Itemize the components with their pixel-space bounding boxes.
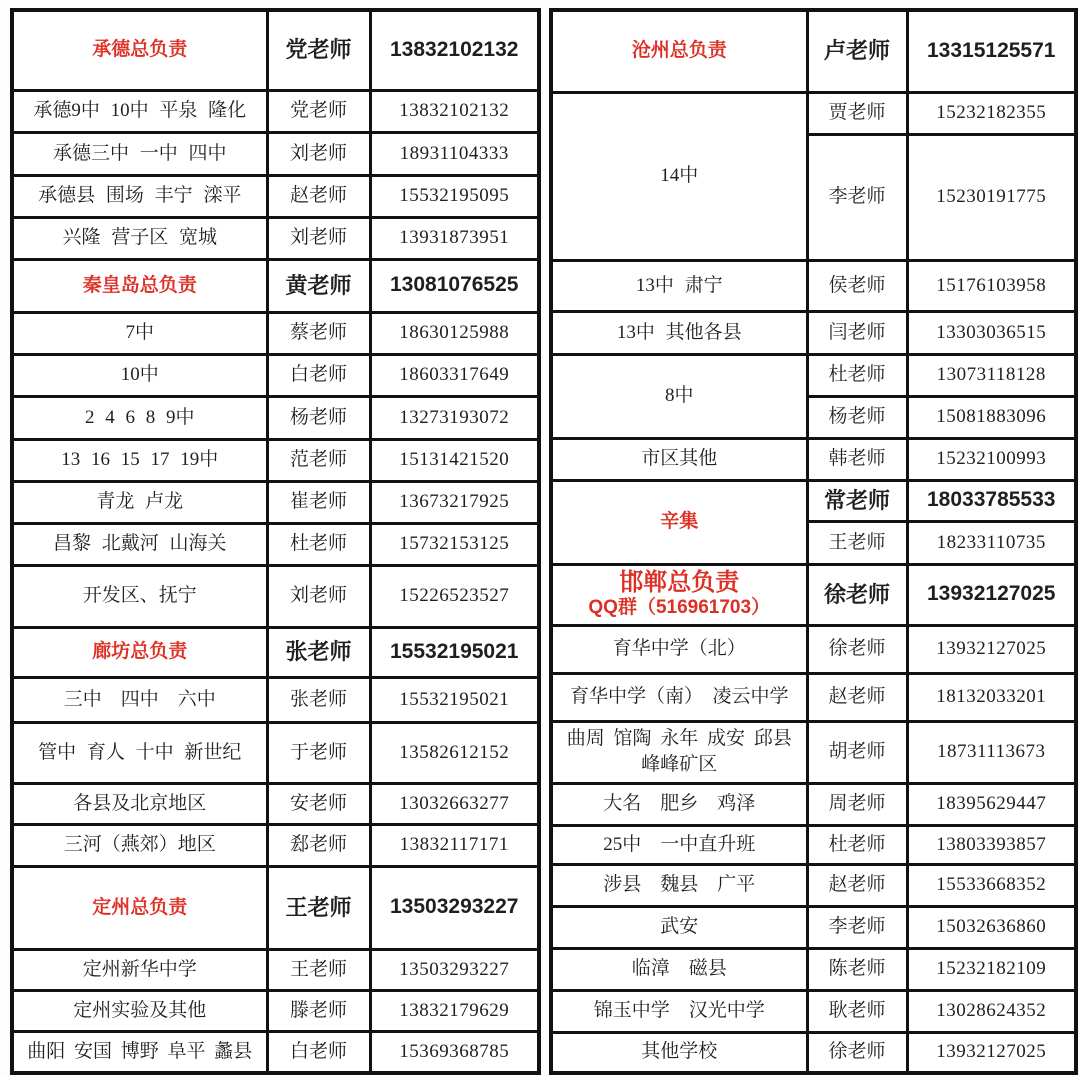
table-row: 13 16 15 17 19中 范老师 15131421520 <box>12 439 539 481</box>
section-title: 承德总负责 <box>12 10 267 90</box>
phone-cell: 18033785533 <box>907 480 1076 521</box>
phone-cell: 13582612152 <box>370 722 539 783</box>
teacher-cell: 于老师 <box>267 722 370 783</box>
teacher-cell: 王老师 <box>267 949 370 990</box>
phone-cell: 13028624352 <box>907 990 1076 1032</box>
table-row: 8中 杜老师 13073118128 <box>551 354 1076 396</box>
phone-cell: 13832102132 <box>370 90 539 132</box>
section-header-row-dingzhou: 定州总负责 王老师 13503293227 <box>12 866 539 949</box>
table-row: 定州实验及其他 滕老师 13832179629 <box>12 990 539 1031</box>
table-row: 13中 肃宁 侯老师 15176103958 <box>551 260 1076 311</box>
table-row: 育华中学（南） 凌云中学 赵老师 18132033201 <box>551 673 1076 721</box>
teacher-cell: 杜老师 <box>807 825 907 864</box>
phone-cell: 13073118128 <box>907 354 1076 396</box>
table-row: 10中 白老师 18603317649 <box>12 354 539 396</box>
region-cell: 14中 <box>551 92 807 260</box>
section-header-row-xinji: 辛集 常老师 18033785533 <box>551 480 1076 521</box>
table-row: 14中 贾老师 15232182355 <box>551 92 1076 134</box>
teacher-cell: 刘老师 <box>267 565 370 627</box>
phone-cell: 15532195095 <box>370 175 539 217</box>
phone-cell: 13303036515 <box>907 311 1076 354</box>
phone-cell: 15176103958 <box>907 260 1076 311</box>
teacher-cell: 杜老师 <box>267 523 370 565</box>
table-row: 各县及北京地区 安老师 13032663277 <box>12 783 539 824</box>
table-row: 青龙 卢龙 崔老师 13673217925 <box>12 481 539 523</box>
teacher-cell: 蔡老师 <box>267 312 370 354</box>
table-row: 曲周 馆陶 永年 成安 邱县 峰峰矿区 胡老师 18731113673 <box>551 721 1076 783</box>
teacher-cell: 常老师 <box>807 480 907 521</box>
phone-cell: 15131421520 <box>370 439 539 481</box>
teacher-cell: 刘老师 <box>267 132 370 175</box>
teacher-cell: 杨老师 <box>267 396 370 439</box>
table-row: 承德三中 一中 四中 刘老师 18931104333 <box>12 132 539 175</box>
teacher-cell: 徐老师 <box>807 564 907 625</box>
table-row: 涉县 魏县 广平 赵老师 15533668352 <box>551 864 1076 906</box>
teacher-cell: 韩老师 <box>807 438 907 480</box>
contact-table-right: 沧州总负责 卢老师 13315125571 14中 贾老师 1523218235… <box>549 8 1078 1071</box>
table-row: 临漳 磁县 陈老师 15232182109 <box>551 948 1076 990</box>
teacher-cell: 白老师 <box>267 354 370 396</box>
phone-cell: 15230191775 <box>907 134 1076 260</box>
teacher-cell: 赵老师 <box>807 673 907 721</box>
table-row: 13中 其他各县 闫老师 13303036515 <box>551 311 1076 354</box>
phone-cell: 13932127025 <box>907 1032 1076 1071</box>
teacher-cell: 李老师 <box>807 906 907 948</box>
contact-table-left: 承德总负责 党老师 13832102132 承德9中 10中 平泉 隆化 党老师… <box>10 8 541 1071</box>
region-cell: 定州新华中学 <box>12 949 267 990</box>
phone-cell: 13932127025 <box>907 625 1076 673</box>
section-title: 沧州总负责 <box>551 10 807 92</box>
phone-cell: 18931104333 <box>370 132 539 175</box>
section-title-qq-group: QQ群（516961703） <box>556 597 803 620</box>
teacher-cell: 崔老师 <box>267 481 370 523</box>
phone-cell: 13931873951 <box>370 217 539 259</box>
teacher-cell: 卢老师 <box>807 10 907 92</box>
phone-cell: 13315125571 <box>907 10 1076 92</box>
table-row: 三河（燕郊）地区 郄老师 13832117171 <box>12 824 539 866</box>
region-cell: 曲周 馆陶 永年 成安 邱县 峰峰矿区 <box>551 721 807 783</box>
phone-cell: 13932127025 <box>907 564 1076 625</box>
region-cell: 兴隆 营子区 宽城 <box>12 217 267 259</box>
teacher-cell: 安老师 <box>267 783 370 824</box>
phone-cell: 13032663277 <box>370 783 539 824</box>
section-header-row-langfang: 廊坊总负责 张老师 15532195021 <box>12 627 539 677</box>
phone-cell: 18630125988 <box>370 312 539 354</box>
table-row: 武安 李老师 15032636860 <box>551 906 1076 948</box>
region-cell: 曲阳 安国 博野 阜平 蠡县 <box>12 1031 267 1071</box>
region-cell: 武安 <box>551 906 807 948</box>
phone-cell: 15081883096 <box>907 396 1076 438</box>
table-row: 兴隆 营子区 宽城 刘老师 13931873951 <box>12 217 539 259</box>
region-cell: 10中 <box>12 354 267 396</box>
phone-cell: 15232182109 <box>907 948 1076 990</box>
contact-sheet: 承德总负责 党老师 13832102132 承德9中 10中 平泉 隆化 党老师… <box>10 8 1078 1071</box>
region-cell: 承德9中 10中 平泉 隆化 <box>12 90 267 132</box>
region-cell: 13中 其他各县 <box>551 311 807 354</box>
teacher-cell: 黄老师 <box>267 259 370 312</box>
table-row: 大名 肥乡 鸡泽 周老师 18395629447 <box>551 783 1076 825</box>
table-row: 市区其他 韩老师 15232100993 <box>551 438 1076 480</box>
teacher-cell: 胡老师 <box>807 721 907 783</box>
table-row: 锦玉中学 汉光中学 耿老师 13028624352 <box>551 990 1076 1032</box>
teacher-cell: 白老师 <box>267 1031 370 1071</box>
teacher-cell: 张老师 <box>267 677 370 722</box>
region-cell: 定州实验及其他 <box>12 990 267 1031</box>
phone-cell: 13273193072 <box>370 396 539 439</box>
phone-cell: 15532195021 <box>370 627 539 677</box>
table-row: 承德9中 10中 平泉 隆化 党老师 13832102132 <box>12 90 539 132</box>
teacher-cell: 王老师 <box>267 866 370 949</box>
region-cell: 2 4 6 8 9中 <box>12 396 267 439</box>
region-cell: 青龙 卢龙 <box>12 481 267 523</box>
region-cell: 开发区、抚宁 <box>12 565 267 627</box>
section-title: 邯郸总负责 QQ群（516961703） <box>551 564 807 625</box>
teacher-cell: 赵老师 <box>267 175 370 217</box>
phone-cell: 13803393857 <box>907 825 1076 864</box>
table-row: 曲阳 安国 博野 阜平 蠡县 白老师 15369368785 <box>12 1031 539 1071</box>
table-row: 开发区、抚宁 刘老师 15226523527 <box>12 565 539 627</box>
phone-cell: 15226523527 <box>370 565 539 627</box>
section-title: 辛集 <box>551 480 807 564</box>
region-cell: 25中 一中直升班 <box>551 825 807 864</box>
table-row: 育华中学（北） 徐老师 13932127025 <box>551 625 1076 673</box>
region-cell: 三河（燕郊）地区 <box>12 824 267 866</box>
region-cell: 育华中学（北） <box>551 625 807 673</box>
teacher-cell: 张老师 <box>267 627 370 677</box>
teacher-cell: 侯老师 <box>807 260 907 311</box>
phone-cell: 13503293227 <box>370 866 539 949</box>
phone-cell: 15732153125 <box>370 523 539 565</box>
phone-cell: 13832117171 <box>370 824 539 866</box>
phone-cell: 13832179629 <box>370 990 539 1031</box>
phone-cell: 18603317649 <box>370 354 539 396</box>
teacher-cell: 王老师 <box>807 521 907 564</box>
phone-cell: 13503293227 <box>370 949 539 990</box>
section-header-row-chengde: 承德总负责 党老师 13832102132 <box>12 10 539 90</box>
region-cell: 临漳 磁县 <box>551 948 807 990</box>
region-cell: 管中 育人 十中 新世纪 <box>12 722 267 783</box>
phone-cell: 15369368785 <box>370 1031 539 1071</box>
phone-cell: 18395629447 <box>907 783 1076 825</box>
region-cell: 育华中学（南） 凌云中学 <box>551 673 807 721</box>
section-title: 秦皇岛总负责 <box>12 259 267 312</box>
teacher-cell: 周老师 <box>807 783 907 825</box>
teacher-cell: 党老师 <box>267 10 370 90</box>
region-cell: 涉县 魏县 广平 <box>551 864 807 906</box>
teacher-cell: 党老师 <box>267 90 370 132</box>
teacher-cell: 闫老师 <box>807 311 907 354</box>
region-cell: 昌黎 北戴河 山海关 <box>12 523 267 565</box>
phone-cell: 13081076525 <box>370 259 539 312</box>
teacher-cell: 陈老师 <box>807 948 907 990</box>
phone-cell: 18731113673 <box>907 721 1076 783</box>
teacher-cell: 郄老师 <box>267 824 370 866</box>
teacher-cell: 耿老师 <box>807 990 907 1032</box>
section-title: 定州总负责 <box>12 866 267 949</box>
table-row: 7中 蔡老师 18630125988 <box>12 312 539 354</box>
section-header-row-cangzhou: 沧州总负责 卢老师 13315125571 <box>551 10 1076 92</box>
region-cell: 承德县 围场 丰宁 滦平 <box>12 175 267 217</box>
phone-cell: 18233110735 <box>907 521 1076 564</box>
region-cell: 13 16 15 17 19中 <box>12 439 267 481</box>
section-title: 廊坊总负责 <box>12 627 267 677</box>
section-title-main: 邯郸总负责 <box>556 569 803 597</box>
teacher-cell: 刘老师 <box>267 217 370 259</box>
table-row: 定州新华中学 王老师 13503293227 <box>12 949 539 990</box>
table-row: 25中 一中直升班 杜老师 13803393857 <box>551 825 1076 864</box>
region-cell: 其他学校 <box>551 1032 807 1071</box>
teacher-cell: 徐老师 <box>807 1032 907 1071</box>
table-row: 承德县 围场 丰宁 滦平 赵老师 15532195095 <box>12 175 539 217</box>
region-cell: 大名 肥乡 鸡泽 <box>551 783 807 825</box>
region-cell: 各县及北京地区 <box>12 783 267 824</box>
region-cell: 8中 <box>551 354 807 438</box>
table-row: 其他学校 徐老师 13932127025 <box>551 1032 1076 1071</box>
teacher-cell: 杨老师 <box>807 396 907 438</box>
table-row: 三中 四中 六中 张老师 15532195021 <box>12 677 539 722</box>
phone-cell: 13673217925 <box>370 481 539 523</box>
section-header-row-qinhuangdao: 秦皇岛总负责 黄老师 13081076525 <box>12 259 539 312</box>
section-header-row-handan: 邯郸总负责 QQ群（516961703） 徐老师 13932127025 <box>551 564 1076 625</box>
region-cell: 三中 四中 六中 <box>12 677 267 722</box>
teacher-cell: 徐老师 <box>807 625 907 673</box>
phone-cell: 18132033201 <box>907 673 1076 721</box>
teacher-cell: 滕老师 <box>267 990 370 1031</box>
phone-cell: 15032636860 <box>907 906 1076 948</box>
region-cell: 承德三中 一中 四中 <box>12 132 267 175</box>
teacher-cell: 杜老师 <box>807 354 907 396</box>
teacher-cell: 贾老师 <box>807 92 907 134</box>
region-cell: 锦玉中学 汉光中学 <box>551 990 807 1032</box>
teacher-cell: 赵老师 <box>807 864 907 906</box>
phone-cell: 13832102132 <box>370 10 539 90</box>
table-row: 2 4 6 8 9中 杨老师 13273193072 <box>12 396 539 439</box>
table-row: 昌黎 北戴河 山海关 杜老师 15732153125 <box>12 523 539 565</box>
teacher-cell: 范老师 <box>267 439 370 481</box>
region-cell: 市区其他 <box>551 438 807 480</box>
region-cell: 7中 <box>12 312 267 354</box>
phone-cell: 15232100993 <box>907 438 1076 480</box>
phone-cell: 15533668352 <box>907 864 1076 906</box>
table-row: 管中 育人 十中 新世纪 于老师 13582612152 <box>12 722 539 783</box>
phone-cell: 15232182355 <box>907 92 1076 134</box>
phone-cell: 15532195021 <box>370 677 539 722</box>
region-cell: 13中 肃宁 <box>551 260 807 311</box>
teacher-cell: 李老师 <box>807 134 907 260</box>
